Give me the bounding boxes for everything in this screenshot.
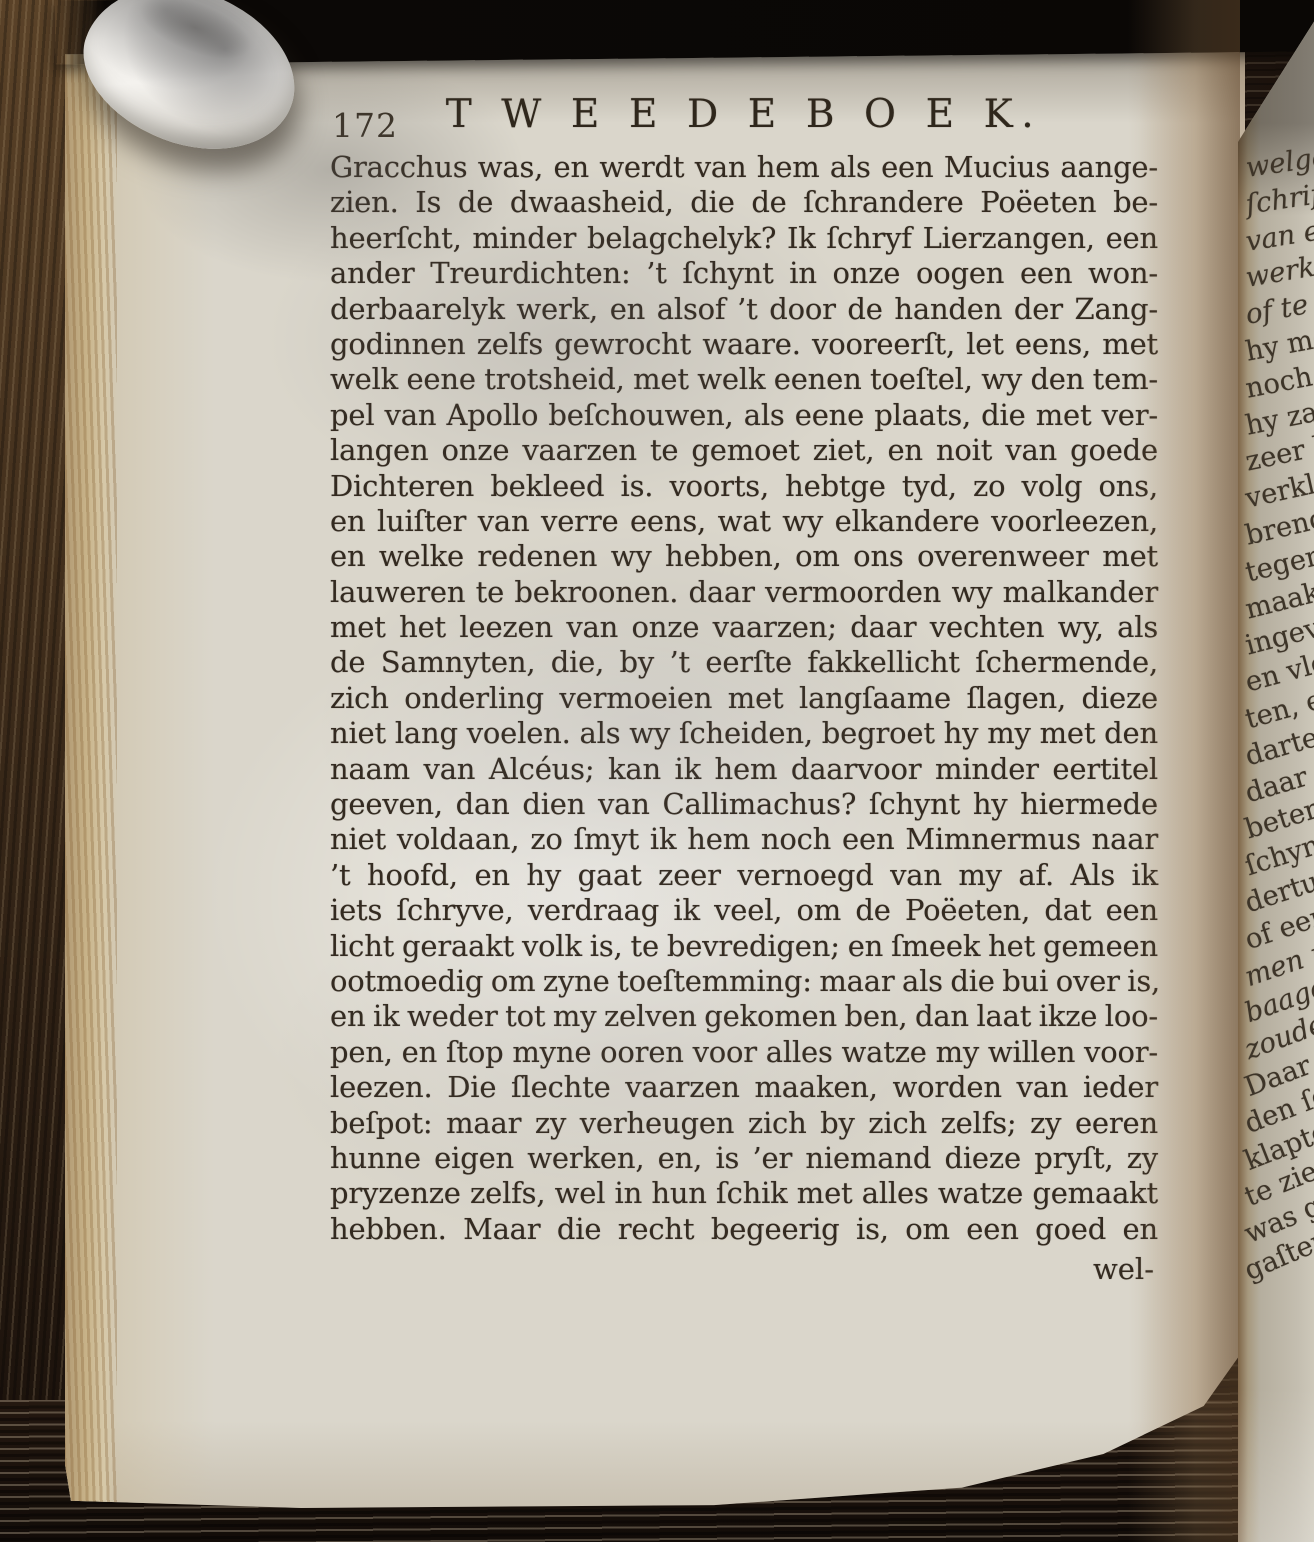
text-line: welk eene trotsheid, met welk eenen toeſ… [330, 362, 1158, 397]
text-line: en welke redenen wy hebben, om ons overe… [330, 539, 1158, 574]
page-header: 172 T W E E D E B O E K. [330, 92, 1158, 148]
book-page-left: 172 T W E E D E B O E K. Gracchus was, e… [65, 50, 1245, 1508]
book-photo-scene: 172 T W E E D E B O E K. Gracchus was, e… [0, 0, 1314, 1542]
text-line: zien. Is de dwaasheid, die de ſchrandere… [330, 185, 1158, 220]
text-line: ootmoedig om zyne toeſtemming: maar als … [330, 964, 1158, 999]
text-line: langen onze vaarzen te gemoet ziet, en n… [330, 433, 1158, 468]
text-line: niet voldaan, zo ſmyt ik hem noch een Mi… [330, 822, 1158, 857]
text-line: niet lang voelen. als wy ſcheiden, begro… [330, 716, 1158, 751]
page-fore-edge [65, 50, 117, 1508]
text-line: met het leezen van onze vaarzen; daar ve… [330, 610, 1158, 645]
text-line: pryzenze zelfs, wel in hun ſchik met all… [330, 1176, 1158, 1211]
text-line: Dichteren bekleed is. voorts, hebtge tyd… [330, 469, 1158, 504]
text-line: geeven, dan dien van Callimachus? ſchynt… [330, 787, 1158, 822]
text-line: lauweren te bekroonen. daar vermoorden w… [330, 575, 1158, 610]
gutter-shadow [1128, 0, 1240, 1542]
text-line: en luiſter van verre eens, wat wy elkand… [330, 504, 1158, 539]
text-line: pel van Apollo beſchouwen, als eene plaa… [330, 398, 1158, 433]
book-page-right-edge: welgeſſchriftevan eenwerk wof te gehy mo… [1238, 0, 1314, 1542]
body-text: Gracchus was, en werdt van hem als een M… [330, 150, 1158, 1287]
text-line: heerſcht, minder belagchelyk? Ik ſchryf … [330, 221, 1158, 256]
text-line: derbaarelyk werk, en alsof ’t door de ha… [330, 292, 1158, 327]
text-line: iets ſchryve, verdraag ik veel, om de Po… [330, 893, 1158, 928]
text-line: naam van Alcéus; kan ik hem daarvoor min… [330, 752, 1158, 787]
text-line: Gracchus was, en werdt van hem als een M… [330, 150, 1158, 185]
text-line: ’t hoofd, en hy gaat zeer vernoegd van m… [330, 858, 1158, 893]
text-line: pen, en ſtop myne ooren voor alles watze… [330, 1035, 1158, 1070]
facing-text-fragment: welgeſ [1243, 122, 1314, 186]
text-line: hebben. Maar die recht begeerig is, om e… [330, 1212, 1158, 1247]
text-line: leezen. Die ſlechte vaarzen maaken, word… [330, 1070, 1158, 1105]
text-line: licht geraakt volk is, te bevredigen; en… [330, 929, 1158, 964]
text-line: beſpot: maar zy verheugen zich by zich z… [330, 1106, 1158, 1141]
page-number: 172 [332, 106, 398, 145]
facing-page-text: welgeſſchriftevan eenwerk wof te gehy mo… [1246, 150, 1314, 1291]
text-line: en ik weder tot my zelven gekomen ben, d… [330, 999, 1158, 1034]
text-line: ander Treurdichten: ’t ſchynt in onze oo… [330, 256, 1158, 291]
text-line: de Samnyten, die, by ’t eerſte fakkellic… [330, 645, 1158, 680]
text-line: hunne eigen werken, en, is ’er niemand d… [330, 1141, 1158, 1176]
text-line: zich onderling vermoeien met langſaame ſ… [330, 681, 1158, 716]
running-title: T W E E D E B O E K. [330, 92, 1158, 137]
catchword: wel- [330, 1252, 1158, 1287]
text-line: godinnen zelfs gewrocht waare. vooreerſt… [330, 327, 1158, 362]
